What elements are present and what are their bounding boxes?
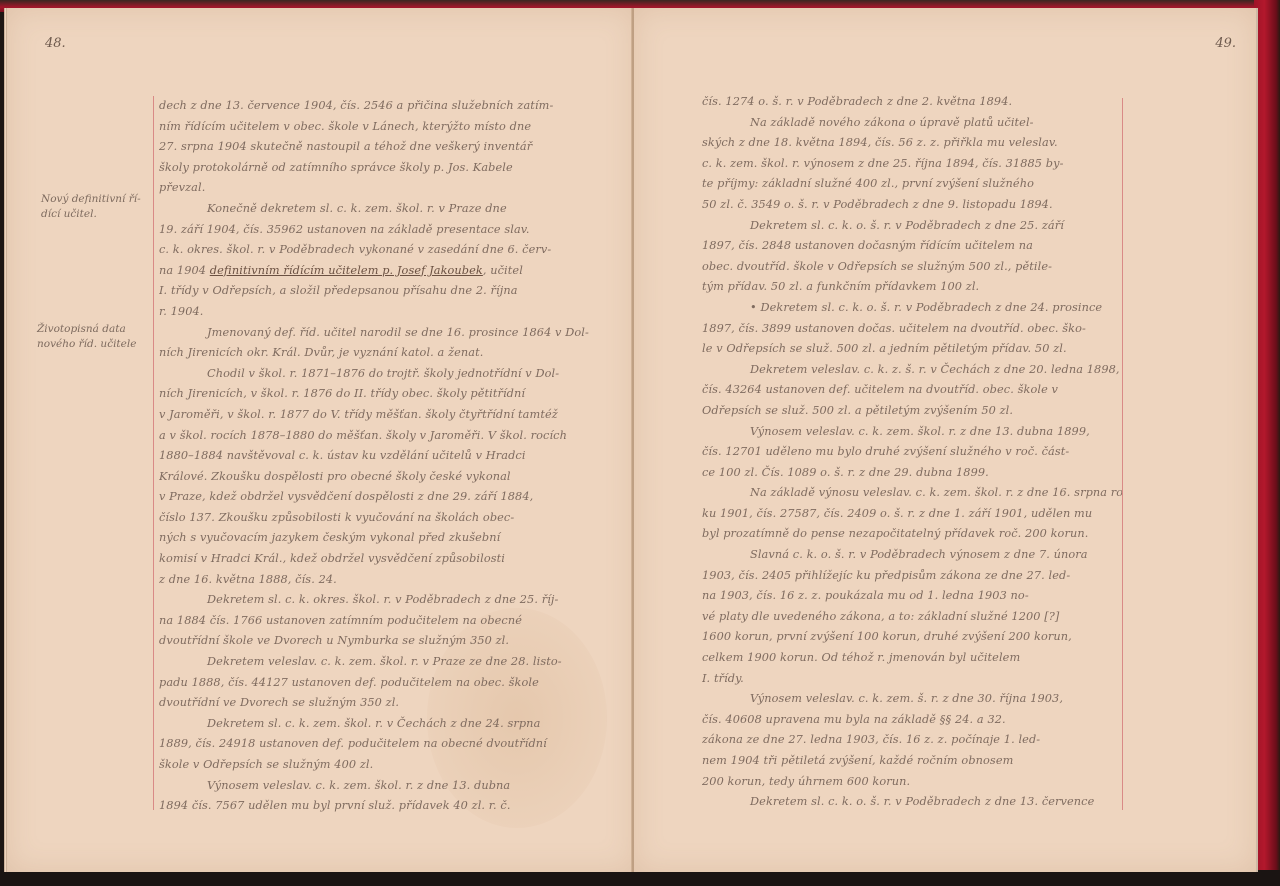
text-line: škole v Odřepsích se služným 400 zl. bbox=[159, 755, 607, 776]
text-line: celkem 1900 korun. Od téhož r. jmenován … bbox=[702, 648, 1122, 669]
text-line: nem 1904 tři pětiletá zvýšení, každé roč… bbox=[702, 751, 1122, 772]
text-line: ním řídícím učitelem v obec. škole v Lán… bbox=[159, 117, 607, 138]
text-line: 1903, čís. 2405 přihlížejíc ku předpisům… bbox=[702, 566, 1122, 587]
text-line: Odřepsích se služ. 500 zl. a pětiletým z… bbox=[702, 401, 1122, 422]
page-number: 49. bbox=[1215, 36, 1236, 51]
text-line: Výnosem veleslav. c. k. zem. š. r. z dne… bbox=[702, 689, 1122, 710]
text-line: te příjmy: základní služné 400 zl., prvn… bbox=[702, 174, 1122, 195]
text-line: r. 1904. bbox=[159, 302, 607, 323]
text-line: komisí v Hradci Král., kdež obdržel vysv… bbox=[159, 549, 607, 570]
margin-note: Nový definitivní ří- dící učitel. bbox=[41, 192, 149, 222]
book-scan: 48. Nový definitivní ří- dící učitel. Ži… bbox=[0, 0, 1280, 886]
text-line: Chodil v škol. r. 1871–1876 do trojtř. š… bbox=[159, 364, 607, 385]
text-line: Slavná c. k. o. š. r. v Poděbradech výno… bbox=[702, 545, 1122, 566]
text-line: ných s vyučovacím jazykem českým vykonal… bbox=[159, 528, 607, 549]
text-line: Králové. Zkoušku dospělosti pro obecné š… bbox=[159, 467, 607, 488]
text-line: čís. 1274 o. š. r. v Poděbradech z dne 2… bbox=[702, 92, 1122, 113]
text-line: 1889, čís. 24918 ustanoven def. podučite… bbox=[159, 734, 607, 755]
margin-rule bbox=[153, 96, 154, 810]
text-line: ních Jirenicích okr. Král. Dvůr, je vyzn… bbox=[159, 343, 607, 364]
text-line: 200 korun, tedy úhrnem 600 korun. bbox=[702, 772, 1122, 793]
text-line: dvoutřídní ve Dvorech se služným 350 zl. bbox=[159, 693, 607, 714]
text-line: 27. srpna 1904 skutečně nastoupil a tého… bbox=[159, 137, 607, 158]
text-line: 1894 čís. 7567 udělen mu byl první služ.… bbox=[159, 796, 607, 817]
text-line: Dekretem sl. c. k. zem. škol. r. v Čechá… bbox=[159, 714, 607, 735]
text-line: ku 1901, čís. 27587, čís. 2409 o. š. r. … bbox=[702, 504, 1122, 525]
text-line: čís. 40608 upravena mu byla na základě §… bbox=[702, 710, 1122, 731]
text-line: 1897, čís. 3899 ustanoven dočas. učitele… bbox=[702, 319, 1122, 340]
text-line: padu 1888, čís. 44127 ustanoven def. pod… bbox=[159, 673, 607, 694]
underlined-text: definitivním řídícím učitelem p. Josef J… bbox=[210, 264, 483, 277]
text-line: ských z dne 18. května 1894, čís. 56 z. … bbox=[702, 133, 1122, 154]
text-line: Výnosem veleslav. c. k. zem. škol. r. z … bbox=[159, 776, 607, 797]
text-line: obec. dvoutříd. škole v Odřepsích se slu… bbox=[702, 257, 1122, 278]
text-line: 50 zl. č. 3549 o. š. r. v Poděbradech z … bbox=[702, 195, 1122, 216]
text-line: a v škol. rocích 1878–1880 do měšťan. šk… bbox=[159, 426, 607, 447]
text-line: I. třídy v Odřepsích, a složil předepsan… bbox=[159, 281, 607, 302]
text-line: ních Jirenicích, v škol. r. 1876 do II. … bbox=[159, 384, 607, 405]
page-number: 48. bbox=[45, 36, 66, 51]
text-line: c. k. zem. škol. r. výnosem z dne 25. ří… bbox=[702, 154, 1122, 175]
text-line: le v Odřepsích se služ. 500 zl. a jedním… bbox=[702, 339, 1122, 360]
left-page: 48. Nový definitivní ří- dící učitel. Ži… bbox=[4, 8, 635, 872]
text-line: Dekretem veleslav. c. k. z. š. r. v Čech… bbox=[702, 360, 1122, 381]
text-line: dech z dne 13. července 1904, čís. 2546 … bbox=[159, 96, 607, 117]
right-page: 49. čís. 1274 o. š. r. v Poděbradech z d… bbox=[634, 8, 1258, 872]
text-line: 1880–1884 navštěvoval c. k. ústav ku vzd… bbox=[159, 446, 607, 467]
text-line: čís. 12701 uděleno mu bylo druhé zvýšení… bbox=[702, 442, 1122, 463]
text-line: Výnosem veleslav. c. k. zem. škol. r. z … bbox=[702, 422, 1122, 443]
text-line: I. třídy. bbox=[702, 669, 1122, 690]
text-line: zákona ze dne 27. ledna 1903, čís. 16 z.… bbox=[702, 730, 1122, 751]
text-line: Dekretem sl. c. k. okres. škol. r. v Pod… bbox=[159, 590, 607, 611]
binding-bottom-edge bbox=[0, 870, 1280, 886]
text-line: čís. 43264 ustanoven def. učitelem na dv… bbox=[702, 380, 1122, 401]
text-line: na 1903, čís. 16 z. z. poukázala mu od 1… bbox=[702, 586, 1122, 607]
text-line: Dekretem sl. c. k. o. š. r. v Poděbradec… bbox=[702, 792, 1122, 813]
text-line: tým přídav. 50 zl. a funkčním přídavkem … bbox=[702, 277, 1122, 298]
text-line: Na základě výnosu veleslav. c. k. zem. š… bbox=[702, 483, 1122, 504]
text-line: ce 100 zl. Čís. 1089 o. š. r. z dne 29. … bbox=[702, 463, 1122, 484]
text-line: Dekretem veleslav. c. k. zem. škol. r. v… bbox=[159, 652, 607, 673]
text-line: c. k. okres. škol. r. v Poděbradech vyko… bbox=[159, 240, 607, 261]
text-line: číslo 137. Zkoušku způsobilosti k vyučov… bbox=[159, 508, 607, 529]
text-line: v Praze, kdež obdržel vysvědčení dospělo… bbox=[159, 487, 607, 508]
text-line: na 1884 čís. 1766 ustanoven zatímním pod… bbox=[159, 611, 607, 632]
text-line: převzal. bbox=[159, 178, 607, 199]
text-line: z dne 16. května 1888, čís. 24. bbox=[159, 570, 607, 591]
text-line: 1897, čís. 2848 ustanoven dočasným řídíc… bbox=[702, 236, 1122, 257]
text-line: Na základě nového zákona o úpravě platů … bbox=[702, 113, 1122, 134]
text-line: na 1904 definitivním řídícím učitelem p.… bbox=[159, 261, 607, 282]
text-line: v Jaroměři, v škol. r. 1877 do V. třídy … bbox=[159, 405, 607, 426]
margin-rule bbox=[1122, 98, 1123, 810]
text-line: Konečně dekretem sl. c. k. zem. škol. r.… bbox=[159, 199, 607, 220]
text-line: byl prozatímně do pense nezapočitatelný … bbox=[702, 524, 1122, 545]
text-line: • Dekretem sl. c. k. o. š. r. v Poděbrad… bbox=[702, 298, 1122, 319]
text-line: Jmenovaný def. říd. učitel narodil se dn… bbox=[159, 323, 607, 344]
text-line: dvoutřídní škole ve Dvorech u Nymburka s… bbox=[159, 631, 607, 652]
handwritten-body: dech z dne 13. července 1904, čís. 2546 … bbox=[159, 96, 607, 817]
margin-note: Životopisná data nového říd. učitele bbox=[37, 322, 145, 352]
text-line: 19. září 1904, čís. 35962 ustanoven na z… bbox=[159, 220, 607, 241]
handwritten-body: čís. 1274 o. š. r. v Poděbradech z dne 2… bbox=[702, 92, 1122, 813]
text-line: vé platy dle uvedeného zákona, a to: zák… bbox=[702, 607, 1122, 628]
text-line: Dekretem sl. c. k. o. š. r. v Poděbradec… bbox=[702, 216, 1122, 237]
text-line: školy protokolárně od zatímního správce … bbox=[159, 158, 607, 179]
text-line: 1600 korun, první zvýšení 100 korun, dru… bbox=[702, 627, 1122, 648]
